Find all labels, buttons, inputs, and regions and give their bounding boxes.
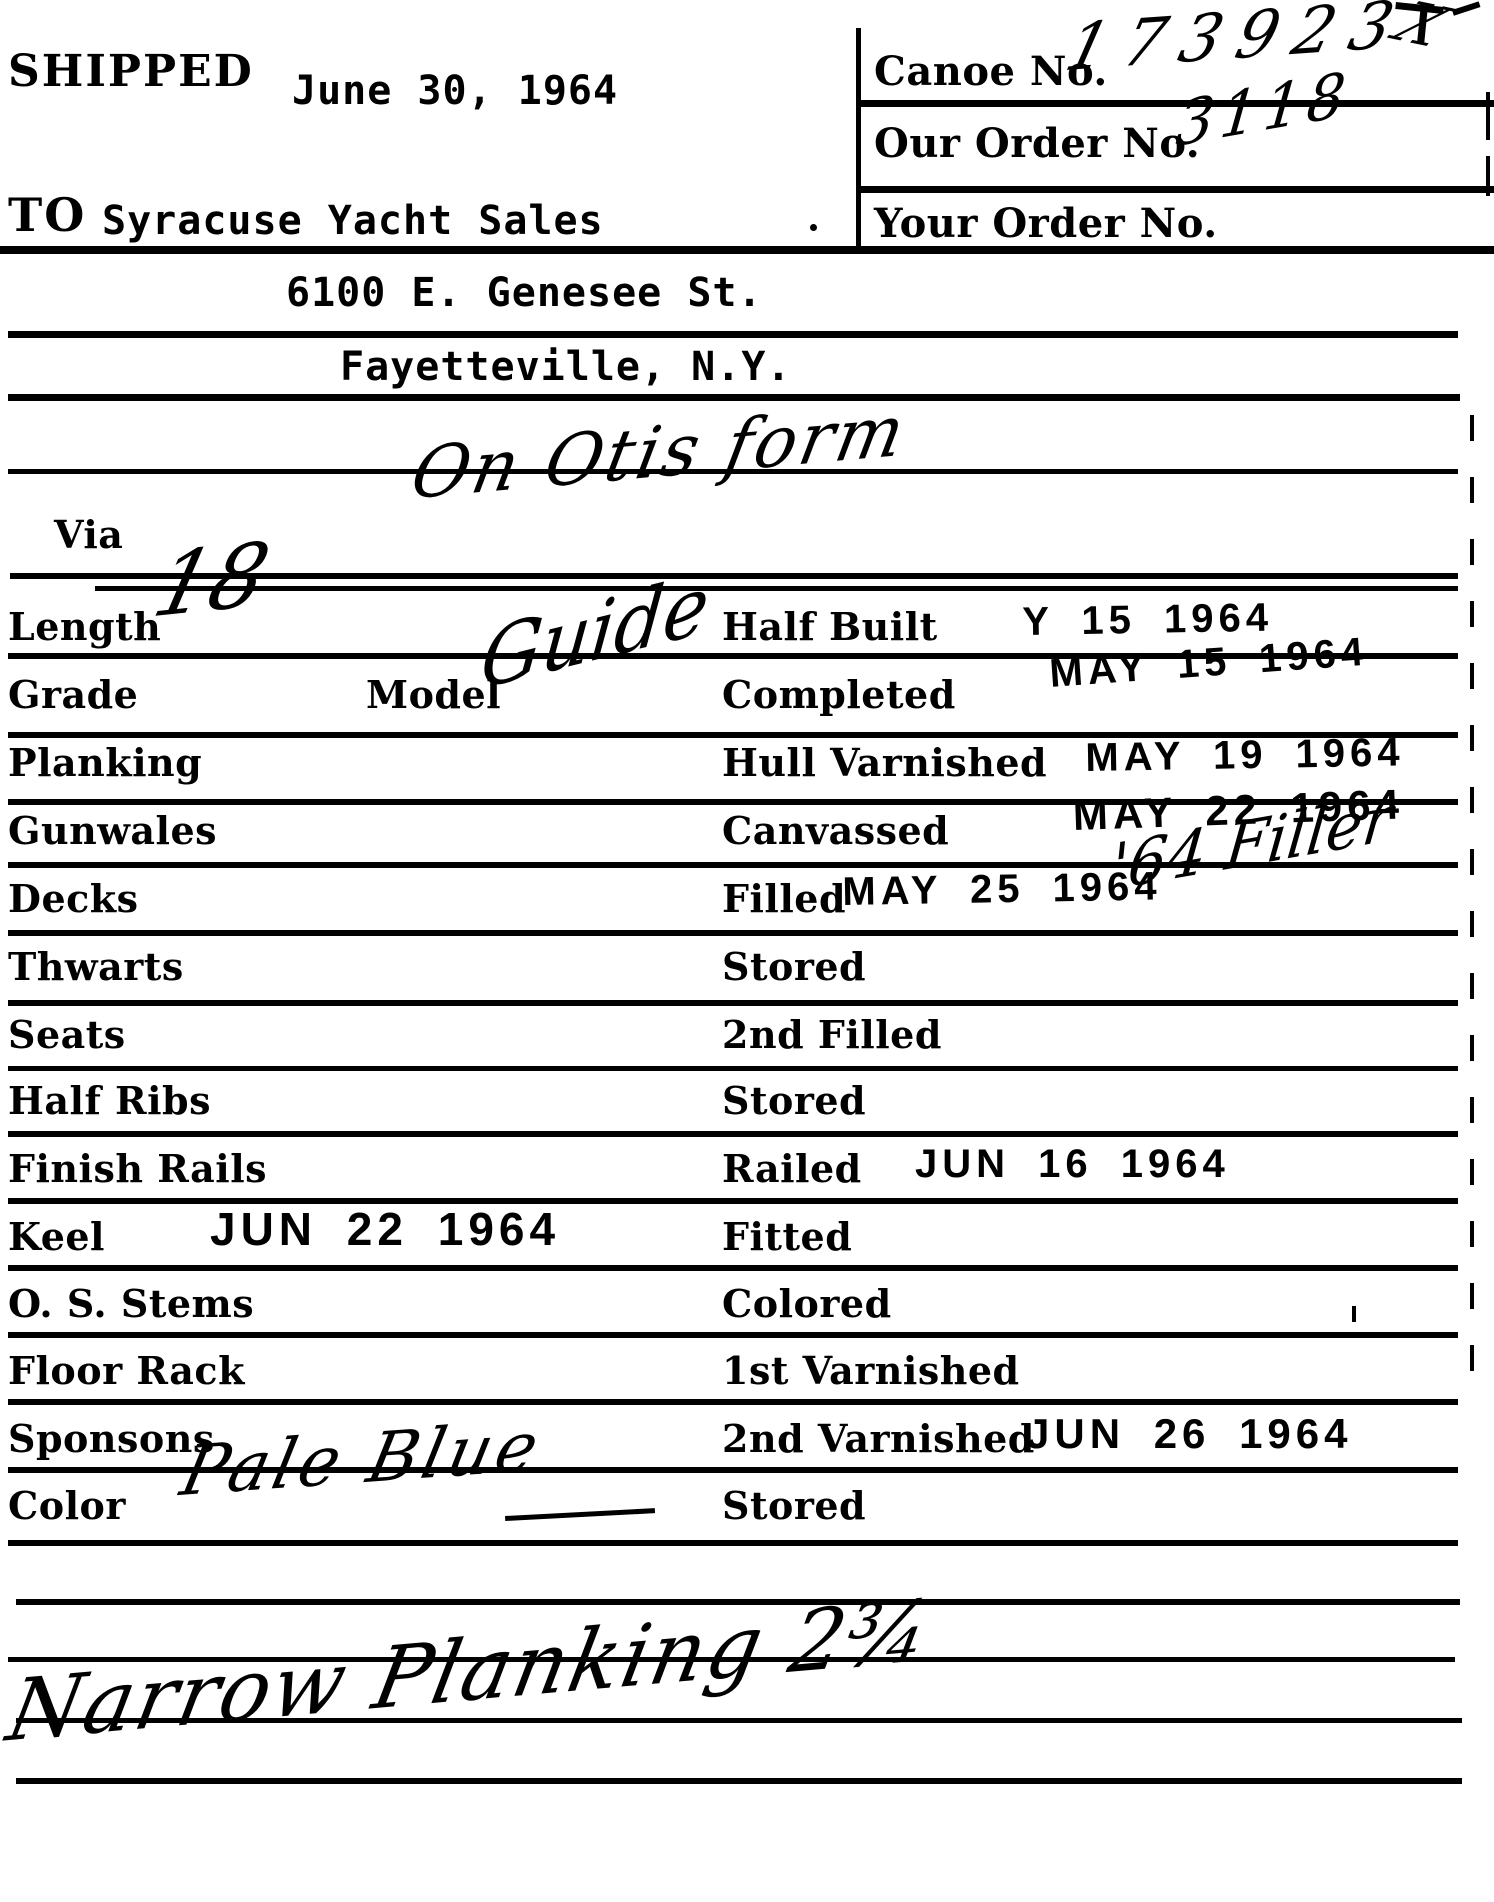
- row-label-length: Length: [8, 604, 161, 649]
- row-label-1st-varnished: 1st Varnished: [722, 1348, 1020, 1393]
- model-value: Guide: [477, 563, 712, 702]
- row-label-colored: Colored: [722, 1281, 892, 1326]
- rule-line: [8, 930, 1458, 936]
- rule-line: [0, 246, 1494, 254]
- ink-tick: [1352, 1306, 1356, 1322]
- edge-dash: [1486, 92, 1490, 140]
- stamp-railed-date: JUN 16 1964: [915, 1142, 1230, 1187]
- rule-line: [856, 186, 1494, 193]
- row-label-thwarts: Thwarts: [8, 944, 184, 989]
- row-label-os-stems: O. S. Stems: [8, 1281, 254, 1326]
- address-city: Fayetteville, N.Y.: [340, 344, 791, 390]
- via-label: Via: [54, 512, 123, 557]
- row-label-2nd-varnished: 2nd Varnished: [722, 1416, 1035, 1461]
- rule-line: [16, 1778, 1462, 1784]
- stamp-half-built-date: Y 15 1964: [1022, 596, 1273, 645]
- row-label-color: Color: [8, 1483, 126, 1528]
- footer-handwritten-note: Narrow Planking 2¾: [1, 1587, 938, 1753]
- color-value: Pale Blue: [175, 1413, 547, 1507]
- row-label-half-ribs: Half Ribs: [8, 1078, 211, 1123]
- row-label-floor-rack: Floor Rack: [8, 1348, 245, 1393]
- via-value: On Otis form: [406, 395, 913, 510]
- row-label-grade: Grade: [8, 672, 138, 717]
- canoe-build-record-card: SHIPPED June 30, 1964 TO Syracuse Yacht …: [0, 0, 1494, 1902]
- stamp-2nd-varnished-date: JUN 26 1964: [1026, 1410, 1353, 1458]
- rule-line: [8, 1399, 1458, 1405]
- length-value: 18: [146, 531, 277, 631]
- rule-line: [8, 1540, 1458, 1546]
- row-label-finish-rails: Finish Rails: [8, 1146, 267, 1191]
- rule-line: [8, 1332, 1458, 1338]
- row-label-hull-varnished: Hull Varnished: [722, 740, 1047, 785]
- rule-line: [856, 100, 1494, 107]
- our-order-no-label: Our Order No.: [874, 120, 1200, 167]
- row-label-decks: Decks: [8, 876, 139, 921]
- row-label-seats: Seats: [8, 1012, 126, 1057]
- row-label-railed: Railed: [722, 1146, 862, 1191]
- row-label-completed: Completed: [722, 672, 956, 717]
- row-label-gunwales: Gunwales: [8, 808, 217, 853]
- row-label-fitted: Fitted: [722, 1214, 852, 1259]
- rule-line: [8, 1265, 1458, 1271]
- canoe-no-value: 173923: [1060, 0, 1416, 81]
- row-label-half-built: Half Built: [722, 604, 938, 649]
- rule-line: [8, 331, 1458, 338]
- row-label-keel: Keel: [8, 1214, 105, 1259]
- rule-line: [8, 1000, 1458, 1006]
- row-label-stored-2: Stored: [722, 1078, 866, 1123]
- your-order-no-label: Your Order No.: [874, 200, 1218, 247]
- edge-dashed-border: [1470, 415, 1474, 1380]
- our-order-no-value: 3118: [1173, 63, 1354, 156]
- stamp-keel-date: JUN 22 1964: [210, 1202, 560, 1256]
- handwriting-flourish: [505, 1508, 655, 1521]
- row-label-canvassed: Canvassed: [722, 808, 949, 853]
- order-box-divider: [856, 28, 861, 250]
- rule-line: [8, 394, 1460, 401]
- row-label-filled: Filled: [722, 876, 846, 921]
- rule-line: [95, 586, 1458, 591]
- rule-line: [8, 1066, 1458, 1071]
- row-label-planking: Planking: [8, 740, 202, 785]
- row-label-2nd-filled: 2nd Filled: [722, 1012, 942, 1057]
- row-label-sponsons: Sponsons: [8, 1416, 215, 1461]
- edge-dash: [1486, 156, 1490, 196]
- shipped-label: SHIPPED: [8, 46, 254, 97]
- ship-date: June 30, 1964: [292, 68, 618, 114]
- row-label-stored-3: Stored: [722, 1483, 866, 1528]
- address-street: 6100 E. Genesee St.: [286, 270, 763, 316]
- stamp-hull-varnished-date: MAY 19 1964: [1085, 730, 1405, 781]
- to-label: TO: [8, 188, 86, 242]
- rule-line: [8, 1131, 1458, 1137]
- consignee-name: Syracuse Yacht Sales: [102, 198, 604, 244]
- row-label-stored-1: Stored: [722, 944, 866, 989]
- ink-speck: [810, 224, 817, 231]
